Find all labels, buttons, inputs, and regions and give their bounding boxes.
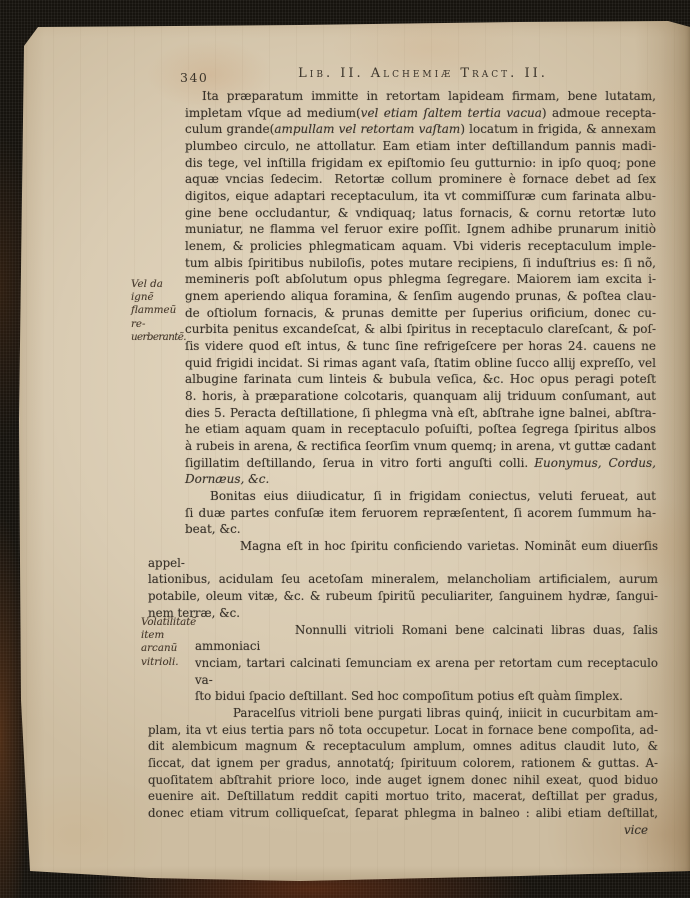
margin-note-line: Vel da ignẽ <box>131 278 187 304</box>
text-segment: Bonitas eius diiudicatur, ſi in frigidam… <box>210 489 656 503</box>
text-segment: beat, &c. <box>185 522 241 536</box>
text-segment: plumbeo circulo, ne attollatur. Eam etia… <box>185 139 656 153</box>
text-line: memineris poſt abſolutum opus phlegma ſe… <box>185 271 656 288</box>
paragraph: Ita præparatum immitte in retortam lapid… <box>185 88 656 488</box>
margin-note: Volatilitatẽitem arcanũvitrioli. <box>141 616 197 669</box>
text-segment: Nonnulli vitrioli Romani bene calcinati … <box>195 623 658 654</box>
margin-note-line: vitrioli. <box>141 656 197 669</box>
text-segment: curbita penitus excandeſcat, & albi ſpir… <box>185 322 656 336</box>
text-segment: vel etiam ſaltem tertia vacua <box>361 106 542 120</box>
text-line: Ita præparatum immitte in retortam lapid… <box>185 88 656 105</box>
margin-note-line: Volatilitatẽ <box>141 616 197 629</box>
text-segment: tum albis ſpiritibus nubiloſis, potes mu… <box>185 256 656 270</box>
text-segment: albugine farinata cum linteis & bubula v… <box>185 372 656 386</box>
text-segment: dies 5. Peracta deſtillatione, ſi phlegm… <box>185 406 656 420</box>
text-line: nem terræ, &c. <box>148 605 658 622</box>
text-segment: plam, ita vt eius tertia pars nõ tota oc… <box>148 723 658 737</box>
text-line: Paracelſus vitrioli bene purgati libras … <box>148 705 658 722</box>
text-segment: 8. horis, à præparatione colcotaris, qua… <box>185 389 656 403</box>
text-segment: Dornæus, &c. <box>185 472 269 486</box>
text-line: Bonitas eius diiudicatur, ſi in frigidam… <box>185 488 656 505</box>
text-line: ſi duæ partes confuſæ item feruorem repr… <box>185 505 656 522</box>
text-line: dies 5. Peracta deſtillatione, ſi phlegm… <box>185 405 656 422</box>
running-head: Lib. II. Alchemiæ Tract. II. <box>278 66 568 81</box>
margin-note-line: flammeũ re- <box>131 304 187 330</box>
text-segment: impletam vſque ad medium( <box>185 106 361 120</box>
text-line: albugine farinata cum linteis & bubula v… <box>185 371 656 388</box>
margin-note-line: item arcanũ <box>141 629 197 655</box>
text-segment: vnciam, tartari calcinati ſemunciam ex a… <box>195 656 658 687</box>
text-segment: gine bene occludantur, & vndiquaq; latus… <box>185 206 656 220</box>
text-line: Nonnulli vitrioli Romani bene calcinati … <box>195 622 658 655</box>
text-line: gine bene occludantur, & vndiquaq; latus… <box>185 205 656 222</box>
text-line: beat, &c. <box>185 521 656 538</box>
margin-note-line: uerberantẽ. <box>131 331 187 344</box>
text-segment: culum grande( <box>185 122 274 136</box>
folio-number: 340 <box>180 70 208 85</box>
text-line: curbita penitus excandeſcat, & albi ſpir… <box>185 321 656 338</box>
text-segment: à rubeis in arena, & rectifica ſeorſim v… <box>185 439 656 453</box>
text-line: donec etiam vitrum colliqueſcat, ſeparat… <box>148 805 658 822</box>
page: 340 Lib. II. Alchemiæ Tract. II. Ita præ… <box>0 0 690 898</box>
text-segment: euenire ait. Deſtillatum reddit capiti m… <box>148 789 658 803</box>
text-line: quoſitatem abſtrahit priore loco, inde a… <box>148 772 658 789</box>
text-line: dit alembicum magnum & receptaculum ampl… <box>148 738 658 755</box>
text-segment: ) locatum in frigida, & annexam <box>460 122 656 136</box>
body-text: Ita præparatum immitte in retortam lapid… <box>148 88 658 838</box>
text-line: tum albis ſpiritibus nubiloſis, potes mu… <box>185 255 656 272</box>
text-segment: Magna eſt in hoc ſpiritu conficiendo var… <box>148 539 658 570</box>
text-line: Dornæus, &c. <box>185 471 656 488</box>
text-segment: ſto bidui ſpacio deſtillant. Sed hoc com… <box>195 689 623 703</box>
text-line: potabile, oleum vitæ, &c. & rubeum ſpiri… <box>148 588 658 605</box>
paragraph: Bonitas eius diiudicatur, ſi in frigidam… <box>185 488 656 538</box>
book-scan-background: 340 Lib. II. Alchemiæ Tract. II. Ita præ… <box>0 0 690 898</box>
text-line: gnem aperiendo aliqua foramina, & ſenſim… <box>185 288 656 305</box>
text-line: plumbeo circulo, ne attollatur. Eam etia… <box>185 138 656 155</box>
text-segment: lationibus, acidulam ſeu acetoſam minera… <box>148 572 658 586</box>
text-segment: dit alembicum magnum & receptaculum ampl… <box>148 739 658 753</box>
text-segment: memineris poſt abſolutum opus phlegma ſe… <box>185 272 656 286</box>
text-segment: aquæ vncias ſedecim. Retortæ collum prom… <box>185 172 656 186</box>
text-line: culum grande(ampullam vel retortam vaſta… <box>185 121 656 138</box>
text-segment: muniatur, ne flamma vel feruor exire poſ… <box>185 222 656 236</box>
text-line: de oſtiolum fornacis, & prunas demitte p… <box>185 305 656 322</box>
paragraph: Magna eſt in hoc ſpiritu conficiendo var… <box>148 538 658 621</box>
paragraph: Paracelſus vitrioli bene purgati libras … <box>148 705 658 822</box>
text-line: quid frigidi incidat. Si rimas agant vaſ… <box>185 355 656 372</box>
text-segment: ſiccat, dat ignem per gradus, annotatq́;… <box>148 756 658 770</box>
text-line: à rubeis in arena, & rectifica ſeorſim v… <box>185 438 656 455</box>
text-segment: quid frigidi incidat. Si rimas agant vaſ… <box>185 356 656 370</box>
text-line: vnciam, tartari calcinati ſemunciam ex a… <box>195 655 658 688</box>
text-segment: quoſitatem abſtrahit priore loco, inde a… <box>148 773 658 787</box>
text-line: lenem, & prolicies phlegmaticam aquam. V… <box>185 238 656 255</box>
text-segment: digitos, eique adaptari receptaculum, it… <box>185 189 656 203</box>
text-line: Magna eſt in hoc ſpiritu conficiendo var… <box>148 538 658 571</box>
text-line: digitos, eique adaptari receptaculum, it… <box>185 188 656 205</box>
text-segment: Paracelſus vitrioli bene purgati libras … <box>233 706 658 720</box>
text-line: impletam vſque ad medium(vel etiam ſalte… <box>185 105 656 122</box>
text-line: muniatur, ne flamma vel feruor exire poſ… <box>185 221 656 238</box>
text-line: ſigillatim deſtillando, ſerua in vitro f… <box>185 455 656 472</box>
text-line: euenire ait. Deſtillatum reddit capiti m… <box>148 788 658 805</box>
text-segment: potabile, oleum vitæ, &c. & rubeum ſpiri… <box>148 589 658 603</box>
margin-note: Vel da ignẽflammeũ re-uerberantẽ. <box>131 278 187 344</box>
text-segment: he etiam aquam quam in receptaculo poſui… <box>185 422 656 436</box>
text-segment: ſigillatim deſtillando, ſerua in vitro f… <box>185 456 534 470</box>
text-segment: ) admoue recepta- <box>542 106 656 120</box>
text-segment: dis tege, vel inſtilla frigidam ex epiſt… <box>185 156 656 170</box>
text-line: ſiccat, dat ignem per gradus, annotatq́;… <box>148 755 658 772</box>
text-line: aquæ vncias ſedecim. Retortæ collum prom… <box>185 171 656 188</box>
text-segment: de oſtiolum fornacis, & prunas demitte p… <box>185 306 656 320</box>
text-segment: ſis videre quod eſt intus, & tunc ſine r… <box>185 339 656 353</box>
text-line: dis tege, vel inſtilla frigidam ex epiſt… <box>185 155 656 172</box>
text-segment: ampullam vel retortam vaſtam <box>274 122 460 136</box>
text-line: 8. horis, à præparatione colcotaris, qua… <box>185 388 656 405</box>
text-line: ſis videre quod eſt intus, & tunc ſine r… <box>185 338 656 355</box>
catchword: vice <box>148 822 658 839</box>
text-segment: Ita præparatum immitte in retortam lapid… <box>202 89 656 103</box>
text-segment: lenem, & prolicies phlegmaticam aquam. V… <box>185 239 656 253</box>
text-line: lationibus, acidulam ſeu acetoſam minera… <box>148 571 658 588</box>
text-segment: ſi duæ partes confuſæ item feruorem repr… <box>185 506 656 520</box>
text-line: he etiam aquam quam in receptaculo poſui… <box>185 421 656 438</box>
text-line: ſto bidui ſpacio deſtillant. Sed hoc com… <box>195 688 658 705</box>
text-segment: Euonymus, Cordus, <box>534 456 656 470</box>
text-line: plam, ita vt eius tertia pars nõ tota oc… <box>148 722 658 739</box>
text-segment: donec etiam vitrum colliqueſcat, ſeparat… <box>148 806 658 820</box>
text-segment: gnem aperiendo aliqua foramina, & ſenſim… <box>185 289 656 303</box>
paragraph: Nonnulli vitrioli Romani bene calcinati … <box>195 622 658 705</box>
